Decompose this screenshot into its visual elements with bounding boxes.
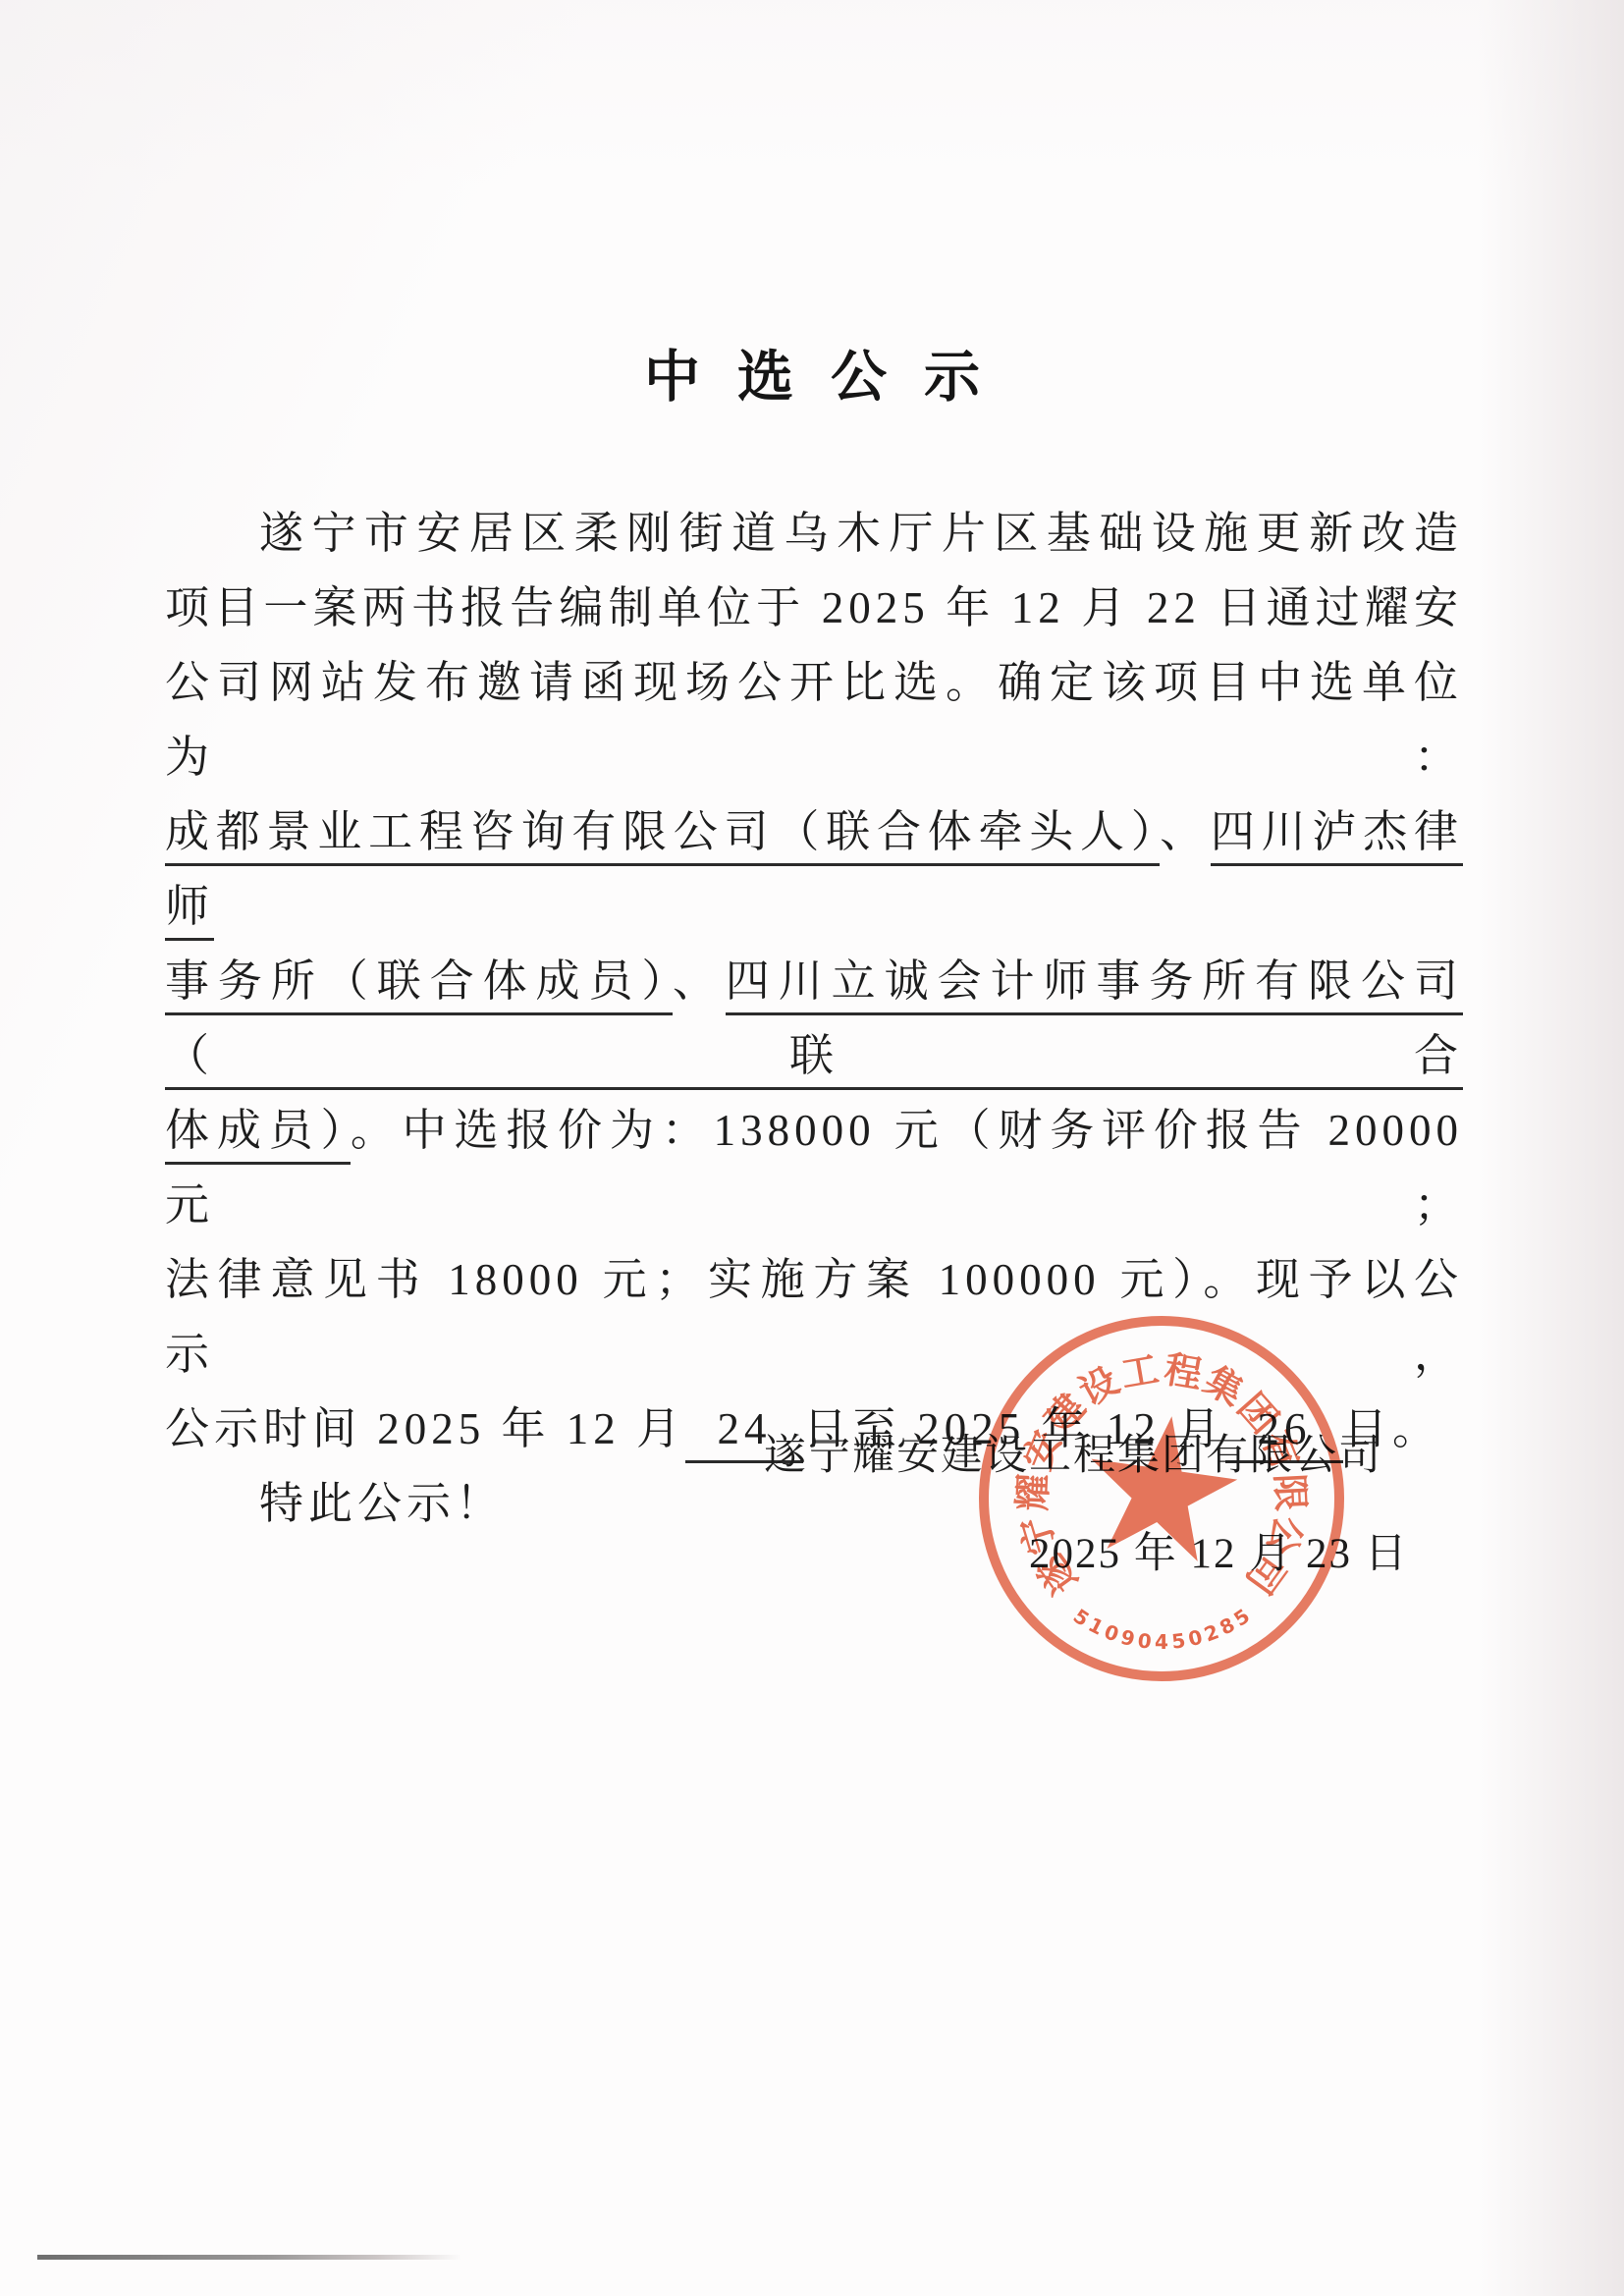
- text-segment: 特此公示！: [259, 1479, 505, 1528]
- underlined-text: 体成员）: [165, 1106, 351, 1165]
- seal-code-char: 0: [1186, 1627, 1204, 1650]
- seal-code-char: 0: [1102, 1621, 1121, 1645]
- body-line: 事务所（联合体成员）、四川立诚会计师事务所有限公司（联合: [165, 944, 1463, 1093]
- text-segment: 遂宁市安居区柔刚街道乌木厅片区基础设施更新改造: [259, 509, 1463, 558]
- seal-ring-char: 工: [1118, 1351, 1162, 1394]
- underlined-text: 事务所（联合体成员）: [165, 957, 673, 1015]
- document-title: 中选公示: [0, 332, 1624, 412]
- scan-artifact-line: [37, 2255, 461, 2260]
- body-line: 公司网站发布邀请函现场公开比选。确定该项目中选单位为：: [165, 645, 1463, 794]
- text-segment: 。中选报价为：138000 元（财务评价报告 20000 元；: [165, 1106, 1463, 1230]
- body-line: 项目一案两书报告编制单位于 2025 年 12 月 22 日通过耀安: [165, 571, 1463, 645]
- seal-code-char: 0: [1137, 1630, 1153, 1652]
- body-line: 遂宁市安居区柔刚街道乌木厅片区基础设施更新改造: [165, 496, 1463, 571]
- text-segment: 公司网站发布邀请函现场公开比选。确定该项目中选单位为：: [165, 658, 1463, 782]
- underlined-text: 成都景业工程咨询有限公司（联合体牵头人）: [165, 807, 1160, 866]
- text-segment: 项目一案两书报告编制单位于 2025 年 12 月 22 日通过耀安: [165, 583, 1463, 632]
- body-line: 体成员）。中选报价为：138000 元（财务评价报告 20000 元；: [165, 1093, 1463, 1242]
- body-line: 成都景业工程咨询有限公司（联合体牵头人）、四川泸杰律师: [165, 794, 1463, 944]
- text-segment: 公示时间 2025 年 12 月: [165, 1404, 685, 1453]
- seal-code-char: 5: [1170, 1630, 1186, 1652]
- seal-ring-char: 限: [1270, 1473, 1309, 1512]
- seal-code-char: 9: [1119, 1627, 1137, 1650]
- seal-ring-char: 程: [1162, 1351, 1205, 1394]
- seal-ring-char: 司: [1239, 1548, 1291, 1600]
- seal-ring-char: 公: [1261, 1512, 1307, 1558]
- text-segment: 、: [673, 957, 726, 1006]
- official-seal: ★ 遂宁耀安建设工程集团有限公司 51090450285: [979, 1316, 1344, 1681]
- scanned-announcement-page: 中选公示 遂宁市安居区柔刚街道乌木厅片区基础设施更新改造项目一案两书报告编制单位…: [0, 0, 1624, 2296]
- seal-code-char: 4: [1155, 1632, 1168, 1652]
- text-segment: 、: [1160, 807, 1211, 856]
- seal-ring-char: 耀: [1014, 1473, 1054, 1512]
